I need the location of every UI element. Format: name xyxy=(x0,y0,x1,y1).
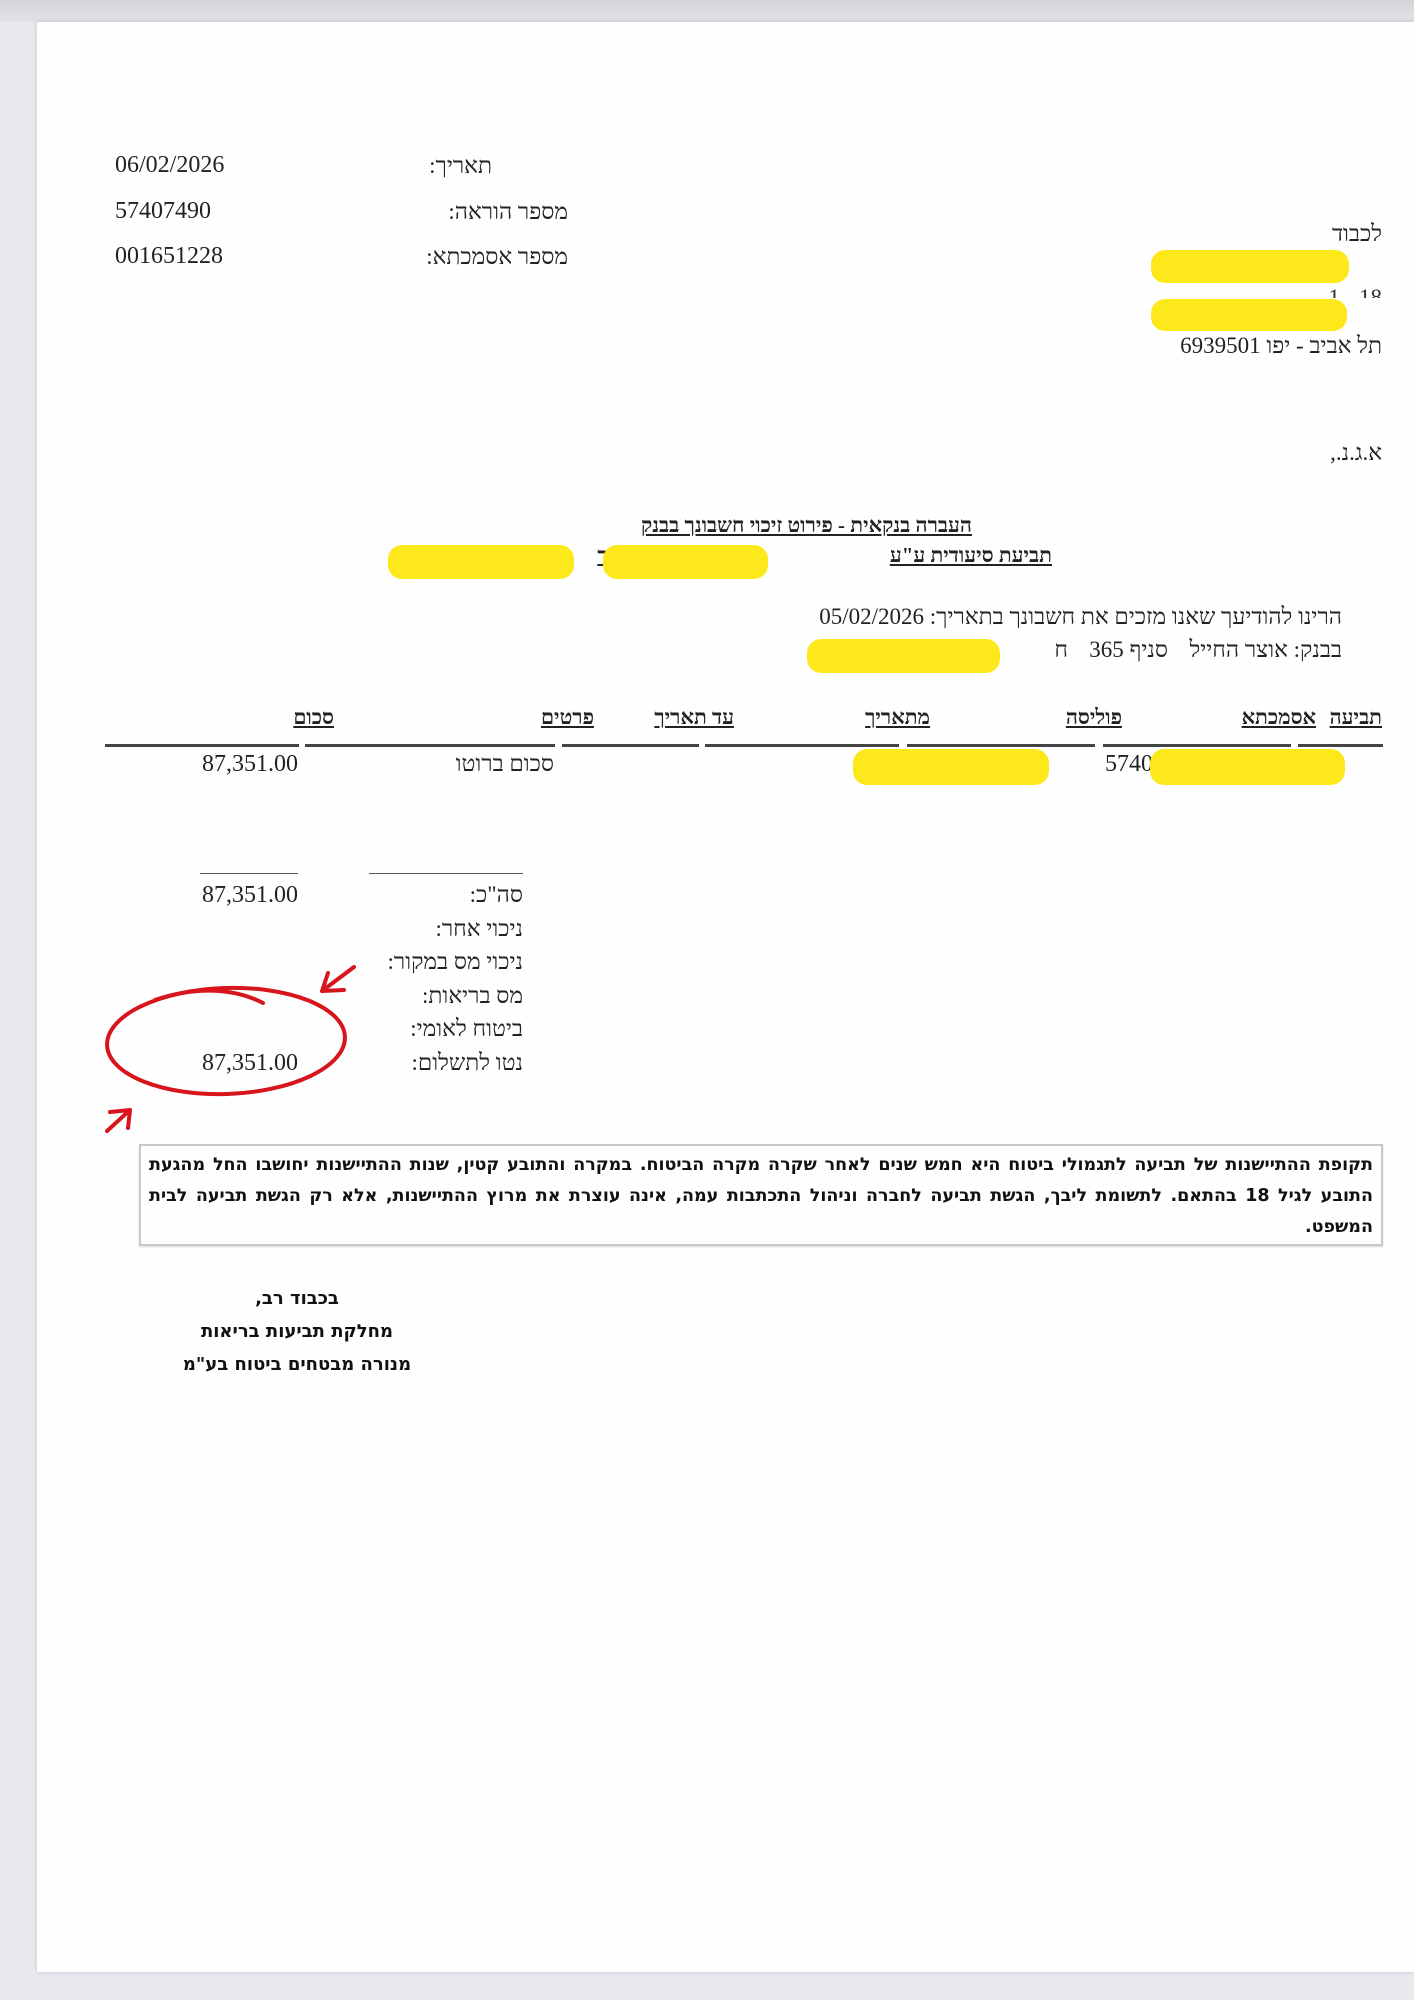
col-rule-to-date xyxy=(562,744,699,747)
document-title: העברה בנקאית - פירוט זיכוי חשבונך בבנק xyxy=(641,512,972,538)
intro-branch: סניף 365 xyxy=(1089,636,1168,664)
total-label: סה"כ: xyxy=(470,881,523,909)
intro-credit-date: הרינו להודיעך שאנו מזכים את חשבונך בתארי… xyxy=(819,603,1342,631)
signature-company: מנורה מבטחים ביטוח בע"מ xyxy=(147,1348,447,1381)
redaction-account-number xyxy=(807,639,1000,673)
signature-department: מחלקת תביעות בריאות xyxy=(147,1315,447,1348)
other-deduction-label: ניכוי אחר: xyxy=(435,915,523,943)
amount-sum-rule xyxy=(200,873,298,874)
intro-account-fragment: ח xyxy=(1054,636,1068,664)
total-value: 87,351.00 xyxy=(202,881,298,909)
intro-bank-name: בבנק: אוצר החייל xyxy=(1189,636,1342,664)
col-header-details: פרטים xyxy=(541,704,594,730)
recipient-street-partial: 18 - 1 ... xyxy=(1305,284,1382,298)
col-header-amount: סכום xyxy=(293,704,334,730)
col-rule-details xyxy=(305,744,555,747)
recipient-salutation: לכבוד xyxy=(1332,220,1382,248)
redaction-recipient-name xyxy=(1151,250,1349,283)
viewer-top-bar xyxy=(0,0,1414,22)
row-amount: 87,351.00 xyxy=(202,750,298,778)
instruction-number-label: מספר הוראה: xyxy=(448,198,568,226)
net-payment-value: 87,351.00 xyxy=(202,1049,298,1077)
date-value: 06/02/2026 xyxy=(115,151,224,179)
row-reference: 5740 xyxy=(1105,750,1153,778)
redaction-subtitle-1 xyxy=(388,545,574,579)
redaction-recipient-street xyxy=(1151,299,1347,331)
col-header-policy: פוליסה xyxy=(1066,704,1122,730)
national-insurance-label: ביטוח לאומי: xyxy=(410,1015,523,1043)
redaction-policy xyxy=(853,749,1049,785)
col-rule-claim xyxy=(1298,744,1383,747)
statute-of-limitations-notice: תקופת ההתיישנות של תביעה לתגמולי ביטוח ה… xyxy=(139,1144,1383,1246)
greeting: א.ג.נ., xyxy=(1330,439,1382,467)
col-header-to-date: עד תאריך xyxy=(654,704,734,730)
col-rule-reference xyxy=(1103,744,1291,747)
col-header-reference: אסמכתא xyxy=(1242,704,1316,730)
signature-closing: בכבוד רב, xyxy=(147,1282,447,1315)
document-page: 06/02/2026 57407490 001651228 תאריך: מספ… xyxy=(37,22,1414,1972)
instruction-number-value: 57407490 xyxy=(115,197,211,225)
col-rule-from-date xyxy=(705,744,899,747)
redaction-claim-reference xyxy=(1150,749,1345,785)
net-payment-label: נטו לתשלום: xyxy=(412,1049,523,1077)
reference-number-value: 001651228 xyxy=(115,242,223,270)
reference-number-label: מספר אסמכתא: xyxy=(426,243,568,271)
row-details: סכום ברוטו xyxy=(456,750,554,778)
col-header-from-date: מתאריך xyxy=(865,704,930,730)
health-tax-label: מס בריאות: xyxy=(422,982,523,1010)
col-header-claim: תביעה xyxy=(1330,704,1382,730)
recipient-city: תל אביב - יפו 6939501 xyxy=(1180,332,1382,360)
redaction-subtitle-2 xyxy=(603,545,768,579)
col-rule-policy xyxy=(907,744,1095,747)
date-label: תאריך: xyxy=(429,152,492,180)
document-subtitle: תביעת סיעודית ע"ע xyxy=(890,542,1052,568)
col-rule-amount xyxy=(105,744,299,747)
tax-withholding-label: ניכוי מס במקור: xyxy=(388,948,523,976)
label-sum-rule xyxy=(369,873,523,874)
